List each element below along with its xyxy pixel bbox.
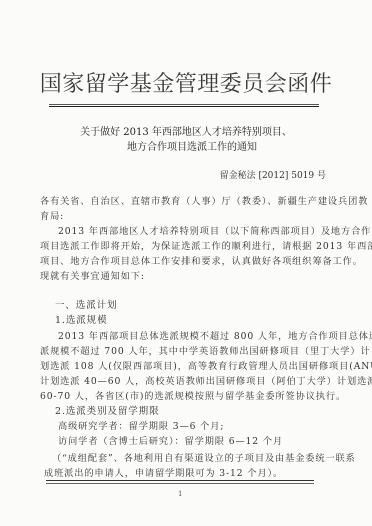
paragraph-line: 计划选派 40—60 人，高校英语教师出国研修项目（阿伯丁大学）计划选派	[40, 373, 372, 387]
document-number: 留金秘法 [2012] 5019 号	[220, 168, 326, 181]
subsection-heading: 1.选派规模	[55, 312, 107, 326]
header-rule-thick	[49, 106, 319, 107]
paragraph-line: 划选派 108 人(仅限西部项目)，高等教育行政管理人员出国研修项目(ANU)	[40, 358, 372, 372]
paragraph-line: 成班派出的申请人，申请留学期限可为 3-12 个月）。	[44, 465, 283, 479]
intro-paragraph-line: 项目选派工作即将开始，为保证选派工作的顺利进行，请根据 2013 年西部	[40, 238, 372, 252]
page-number: 1	[178, 490, 182, 498]
paragraph-line: 高级研究学者：留学期限 3—6 个月;	[58, 418, 224, 432]
document-title-line1: 关于做好 2013 年西部地区人才培养特别项目、	[0, 123, 372, 138]
paragraph-line: （“成组配套”、各地利用自有渠道设立的子项目及由基金委统一联系	[52, 450, 356, 464]
subsection-heading: 2.选派类别及留学期限	[55, 403, 159, 417]
letterhead-title: 国家留学基金管理委员会函件	[0, 67, 372, 98]
intro-paragraph-line: 2013 年西部地区人才培养特别项目（以下简称西部项目）及地方合作	[58, 223, 371, 237]
addressee-line: 各有关省、自治区、直辖市教育（人事）厅（教委）、新疆生产建设兵团教	[40, 193, 368, 207]
intro-paragraph-line: 现就有关事宜通知如下:	[40, 268, 145, 282]
header-rule	[49, 104, 319, 105]
footer-rule-thick	[46, 480, 314, 481]
paragraph-line: 派规模不超过 700 人年，其中中学英语教师出国研修项目（里丁大学）计	[40, 343, 371, 357]
document-title-line2: 地方合作项目选派工作的通知	[6, 138, 372, 153]
addressee-line: 育局:	[40, 208, 64, 222]
document-page: 国家留学基金管理委员会函件 关于做好 2013 年西部地区人才培养特别项目、 地…	[0, 0, 372, 526]
paragraph-line: 60-70 人，各省区(市)的选派规模按照与留学基金委所签协议执行。	[40, 388, 346, 402]
paragraph-line: 2013 年西部项目总体选派规模不超过 800 人年，地方合作项目总体选	[58, 328, 372, 342]
paragraph-line: 访问学者（含博士后研究）：留学期限 6—12 个月	[58, 433, 283, 447]
section-heading: 一、选派计划	[55, 297, 117, 311]
intro-paragraph-line: 项目、地方合作项目总体工作安排和要求，认真做好各项组织筹备工作。	[40, 253, 363, 267]
footer-rule	[46, 483, 314, 484]
